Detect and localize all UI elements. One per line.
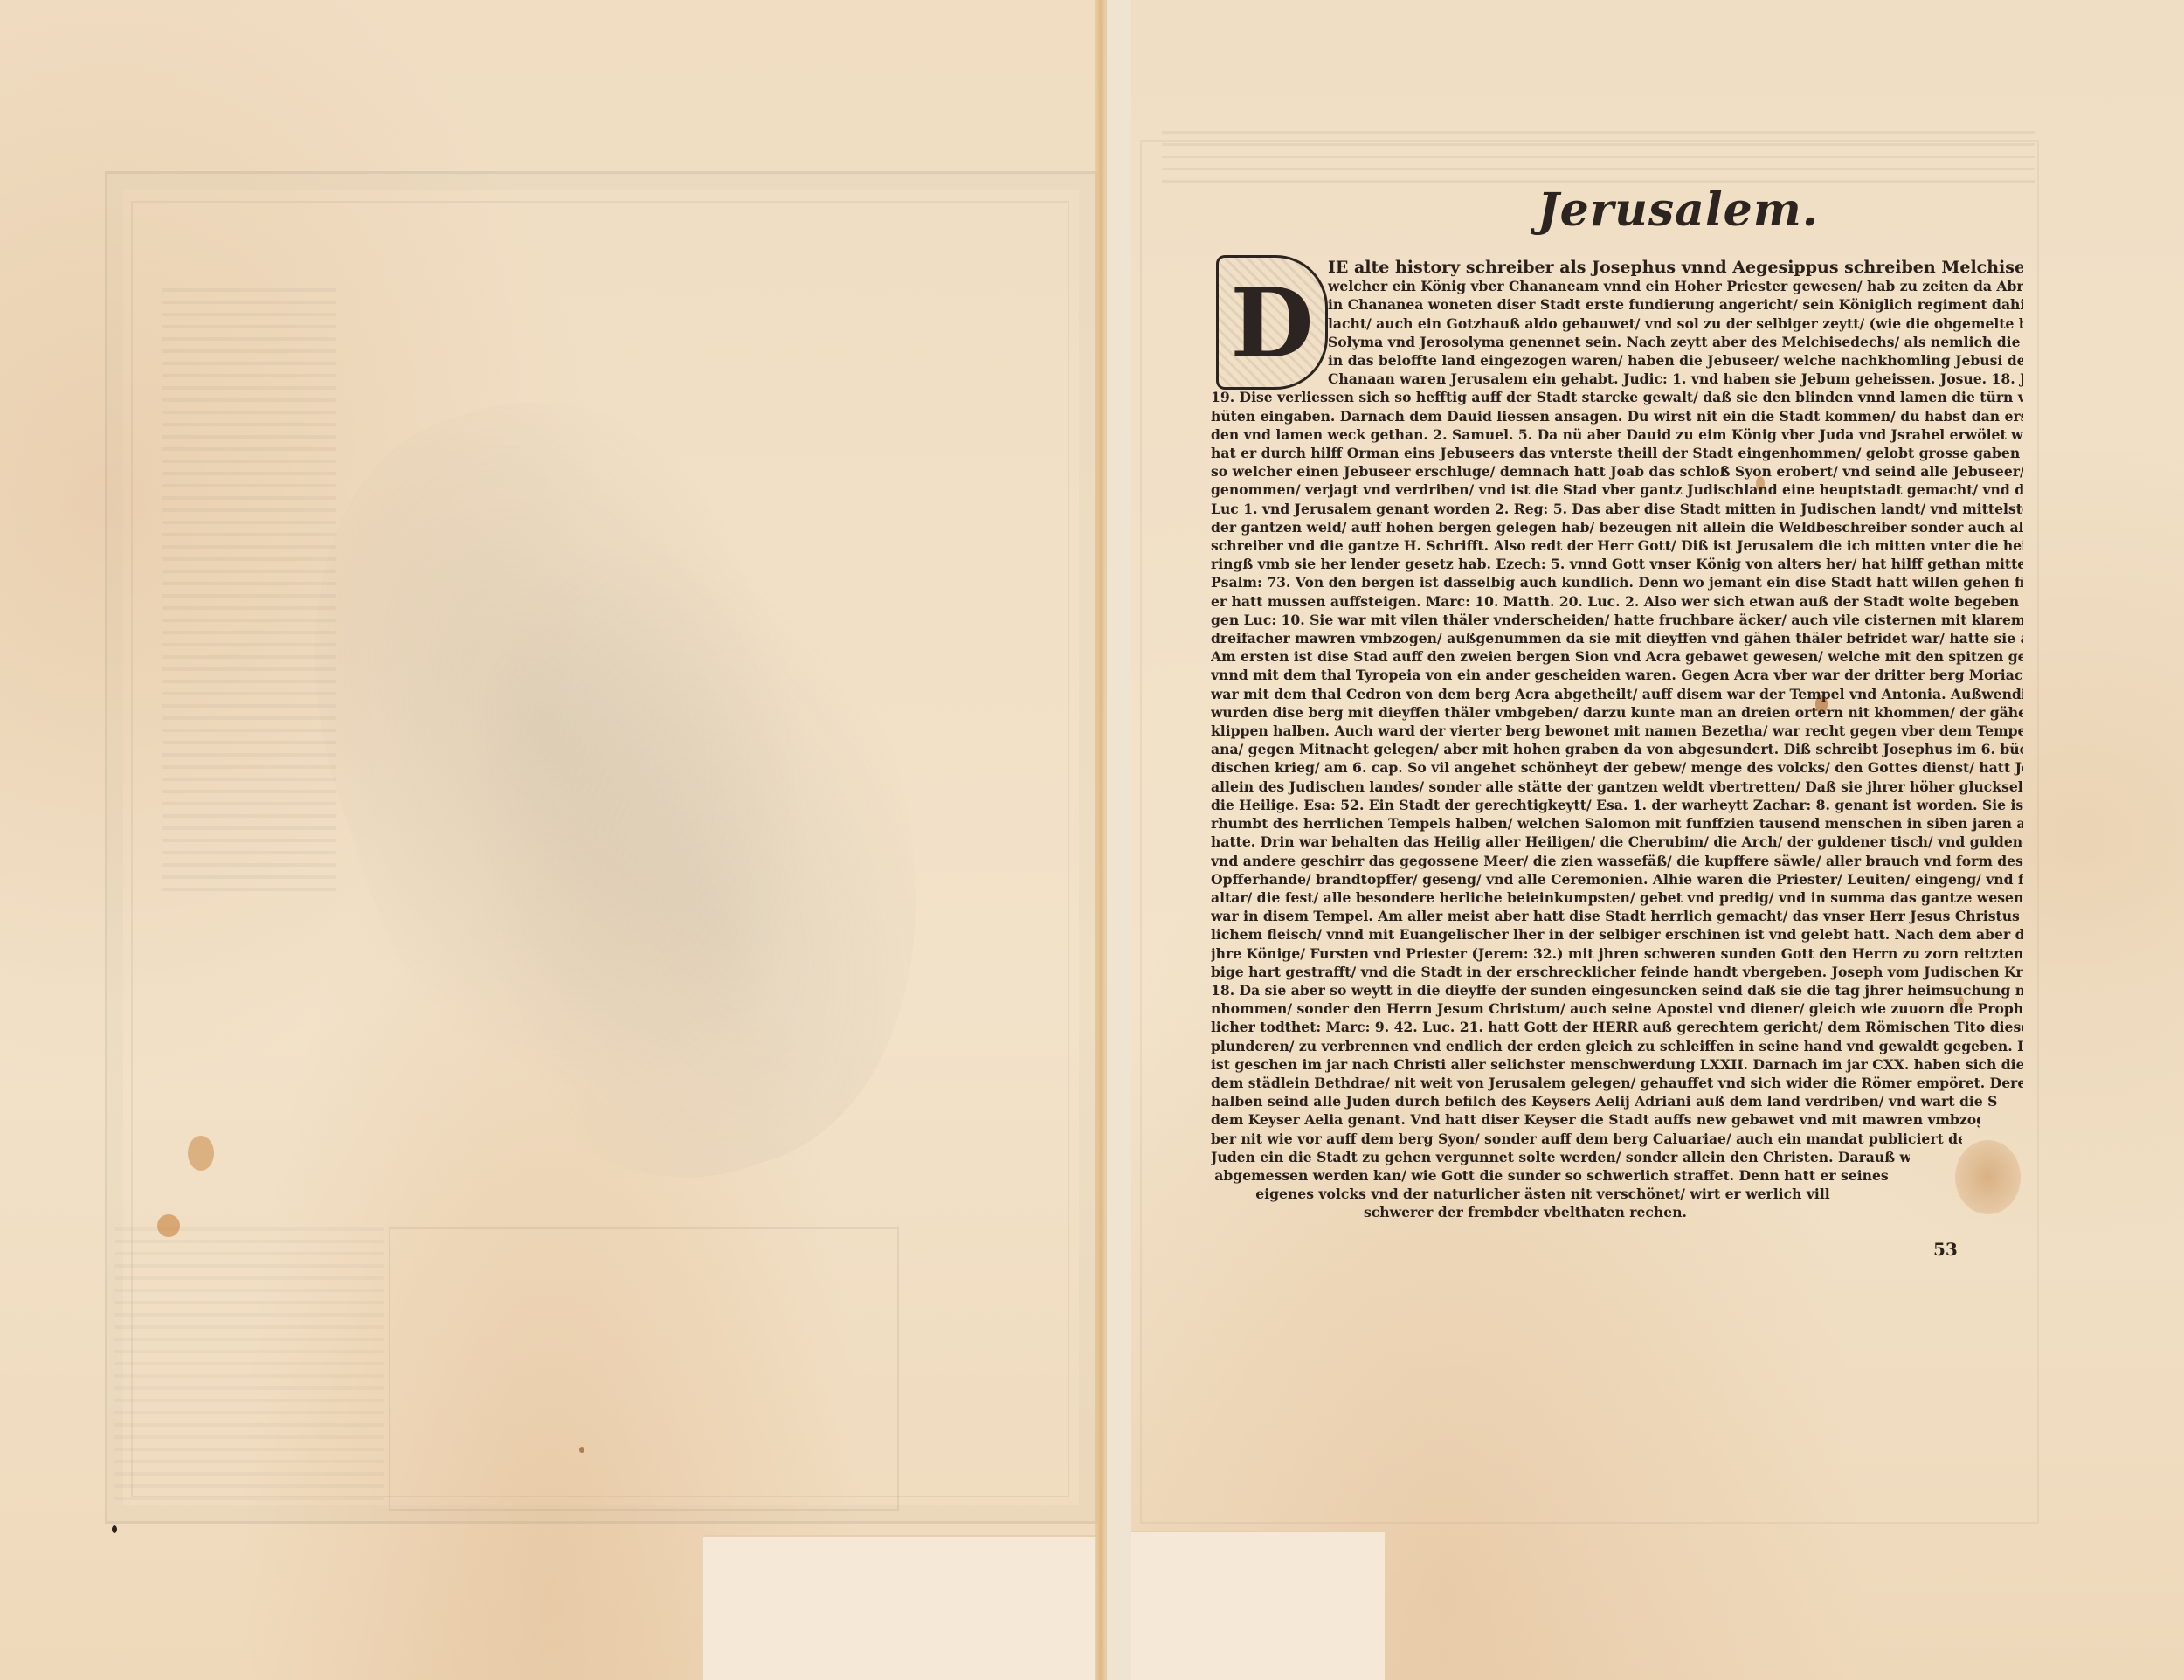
text-line: 19. Dise verliessen sich so hefftig auff… [1211,388,2023,406]
text-line: ana/ gegen Mitnacht gelegen/ aber mit ho… [1211,740,2023,758]
text-line: gen Luc: 10. Sie war mit vilen thäler vn… [1211,611,2023,629]
text-line: klippen halben. Auch ward der vierter be… [1211,722,2023,740]
text-line: allein des Judischen landes/ sonder alle… [1211,778,2023,796]
body-text-block: IE alte history schreiber als Josephus v… [1211,259,2023,1222]
paper-repair-patch-right [1131,1531,1385,1680]
show-through-figure-panel [389,1227,899,1511]
text-line: nhommen/ sonder den Herrn Jesum Christum… [1211,999,2023,1018]
text-line: plunderen/ zu verbrennen vnd endlich der… [1211,1037,2023,1055]
text-line: der gantzen weld/ auff hohen bergen gele… [1211,518,2023,536]
text-line: er hatt mussen auffsteigen. Marc: 10. Ma… [1211,592,2023,611]
text-line: hüten eingaben. Darnach dem Dauid liesse… [1211,407,2023,425]
text-line: die Heilige. Esa: 52. Ein Stadt der gere… [1211,796,2023,814]
text-line: dem städlein Bethdrae/ nit weit von Jeru… [1211,1074,2023,1092]
text-line: halben seind alle Juden durch befilch de… [1211,1092,1997,1110]
text-line: Juden ein die Stadt zu gehen vergunnet s… [1211,1148,1910,1166]
paper-repair-patch-left [703,1535,1096,1680]
show-through-legend-text [114,1227,384,1507]
foxing-stain [188,1136,214,1171]
text-line: dischen krieg/ am 6. cap. So vil angehet… [1211,758,2023,777]
ink-dot [112,1525,117,1533]
tapered-closing-paragraph: halben seind alle Juden durch befilch de… [1211,1092,2023,1221]
text-line: Opfferhande/ brandtopffer/ geseng/ vnd a… [1211,870,2023,888]
text-line: vnd andere geschirr das gegossene Meer/ … [1211,852,2023,870]
text-line: den vnd lamen weck gethan. 2. Samuel. 5.… [1211,425,2023,444]
text-line: schwerer der frembder vbelthaten rechen. [1211,1203,1840,1221]
text-line: ber nit wie vor auff dem berg Syon/ sond… [1211,1130,1962,1148]
text-line: schreiber vnd die gantze H. Schrifft. Al… [1211,536,2023,555]
page-number: 53 [1933,1239,1958,1260]
text-line: vnnd mit dem thal Tyropeia von ein ander… [1211,666,2023,684]
text-line: in das beloffte land eingezogen waren/ h… [1211,351,2023,370]
page-title: Jerusalem. [1538,183,1819,237]
text-line: Solyma vnd Jerosolyma genennet sein. Nac… [1211,333,2023,351]
text-line: IE alte history schreiber als Josephus v… [1211,259,2023,277]
text-line: Psalm: 73. Von den bergen ist dasselbig … [1211,573,2023,591]
text-line: licher todthet: Marc: 9. 42. Luc. 21. ha… [1211,1018,2023,1036]
text-line: Luc 1. vnd Jerusalem genant worden 2. Re… [1211,500,2023,518]
text-line: in Chananea woneten diser Stadt erste fu… [1211,295,2023,314]
show-through-text-column [162,288,336,900]
text-line: 18. Da sie aber so weytt in die dieyffe … [1211,981,2023,999]
text-line: war in disem Tempel. Am aller meist aber… [1211,907,2023,925]
text-line: dem Keyser Aelia genant. Vnd hatt diser … [1211,1110,1980,1129]
text-line: so welcher einen Jebuseer erschluge/ dem… [1211,462,2023,480]
text-line: Chanaan waren Jerusalem ein gehabt. Judi… [1211,370,2023,388]
book-spread: Jerusalem. D IE alte history schreiber a… [0,0,2184,1680]
ink-dot [579,1447,584,1453]
text-line: ringß vmb sie her lender gesetz hab. Eze… [1211,555,2023,573]
text-line: jhre Könige/ Fursten vnd Priester (Jerem… [1211,944,2023,963]
gutter-stain [1095,0,1106,1680]
text-line: eigenes volcks vnd der naturlicher ästen… [1211,1185,1875,1203]
foxing-stain [157,1214,180,1237]
text-line: lichem fleisch/ vnnd mit Euangelischer l… [1211,925,2023,944]
text-line: hat er durch hilff Orman eins Jebuseers … [1211,444,2023,462]
text-line: war mit dem thal Cedron von dem berg Acr… [1211,685,2023,703]
text-line: altar/ die fest/ alle besondere herliche… [1211,888,2023,907]
text-line: rhumbt des herrlichen Tempels halben/ we… [1211,814,2023,833]
text-line: Am ersten ist dise Stad auff den zweien … [1211,647,2023,666]
text-line: welcher ein König vber Chananeam vnnd ei… [1211,277,2023,295]
center-fold-strip [1106,0,1132,1680]
text-line: bige hart gestrafft/ vnd die Stadt in de… [1211,963,2023,981]
text-line: dreifacher mawren vmbzogen/ außgenummen … [1211,629,2023,647]
text-line: abgemessen werden kan/ wie Gott die sund… [1211,1166,1892,1185]
text-line: genommen/ verjagt vnd verdriben/ vnd ist… [1211,480,2023,499]
text-line: ist geschen im jar nach Christi aller se… [1211,1055,2023,1074]
text-line: hatte. Drin war behalten das Heilig alle… [1211,833,2023,851]
text-line: wurden dise berg mit dieyffen thäler vmb… [1211,703,2023,722]
text-line: lacht/ auch ein Gotzhauß aldo gebauwet/ … [1211,315,2023,333]
